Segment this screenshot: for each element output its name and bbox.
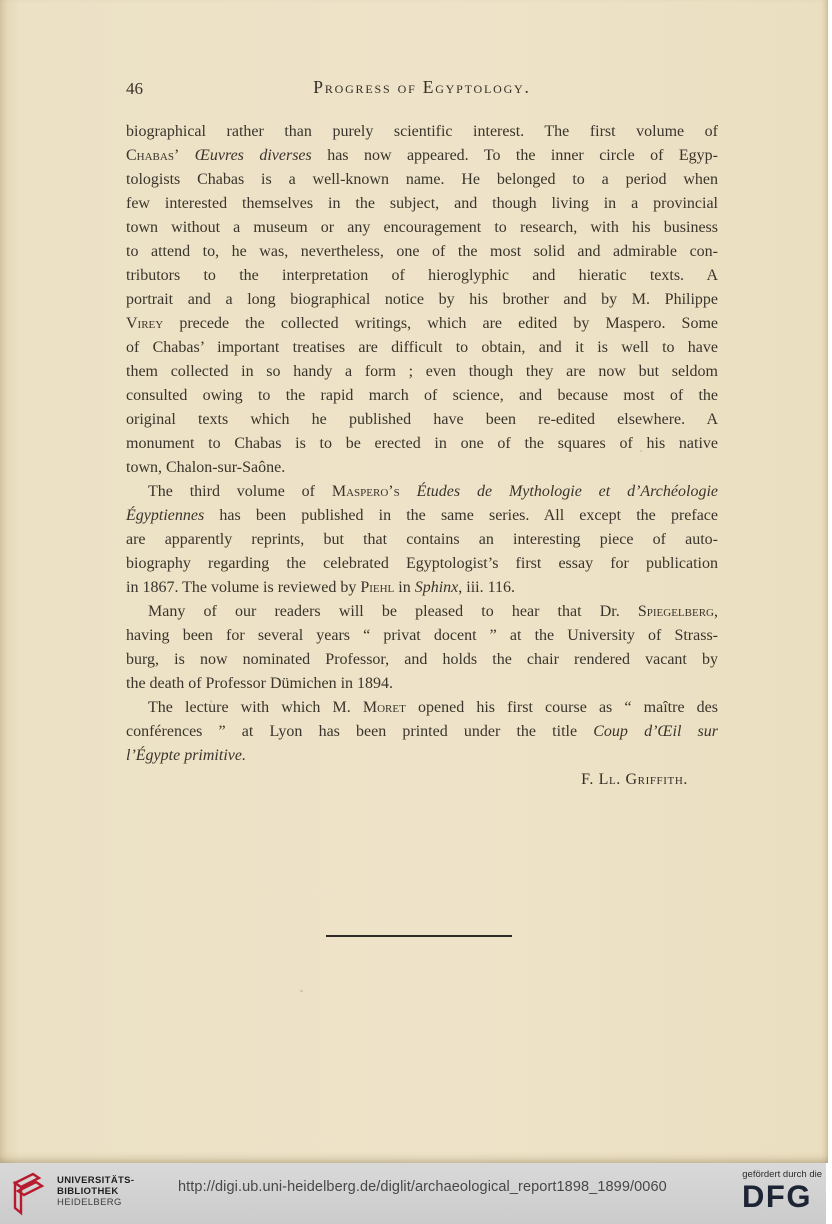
author-signature: F. Ll. Griffith. (126, 768, 718, 792)
text-line: to attend to, he was, nevertheless, one … (126, 240, 718, 264)
paragraph: The lecture with which M. Moret opened h… (126, 696, 718, 768)
page-body-text: biographical rather than purely scientif… (126, 120, 718, 792)
library-name-line1: UNIVERSITÄTS- (57, 1175, 134, 1186)
paper-speck (210, 700, 212, 703)
text-line: few interested themselves in the subject… (126, 192, 718, 216)
paper-speck (640, 450, 642, 452)
text-line: The third volume of Maspero’s Études de … (126, 480, 718, 504)
text-line: the death of Professor Dümichen in 1894. (126, 672, 718, 696)
text-line: Chabas’ Œuvres diverses has now appeared… (126, 144, 718, 168)
text-line: town without a museum or any encourageme… (126, 216, 718, 240)
text-line: of Chabas’ important treatises are diffi… (126, 336, 718, 360)
text-line: biography regarding the celebrated Egypt… (126, 552, 718, 576)
text-line: Many of our readers will be pleased to h… (126, 600, 718, 624)
section-end-rule (326, 935, 512, 937)
text-line: portrait and a long biographical notice … (126, 288, 718, 312)
paper-speck (300, 990, 303, 992)
dfg-logo: DFG (742, 1179, 812, 1216)
paragraph: Many of our readers will be pleased to h… (126, 600, 718, 696)
text-line: l’Égypte primitive. (126, 744, 718, 768)
text-line: consulted owing to the rapid march of sc… (126, 384, 718, 408)
text-line: are apparently reprints, but that contai… (126, 528, 718, 552)
text-line: conférences ” at Lyon has been printed u… (126, 720, 718, 744)
text-line: in 1867. The volume is reviewed by Piehl… (126, 576, 718, 600)
text-line: biographical rather than purely scientif… (126, 120, 718, 144)
text-line: Virey precede the collected writings, wh… (126, 312, 718, 336)
paragraph: biographical rather than purely scientif… (126, 120, 718, 480)
text-line: town, Chalon-sur-Saône. (126, 456, 718, 480)
running-header: Progress of Egyptology. (126, 77, 718, 98)
scan-viewer: 46 Progress of Egyptology. biographical … (0, 0, 832, 1224)
library-name-line3: HEIDELBERG (57, 1197, 134, 1208)
ub-heidelberg-logo (9, 1170, 51, 1216)
library-name-line2: BIBLIOTHEK (57, 1186, 134, 1197)
source-url: http://digi.ub.uni-heidelberg.de/diglit/… (178, 1179, 667, 1195)
text-line: tologists Chabas is a well-known name. H… (126, 168, 718, 192)
paragraph: The third volume of Maspero’s Études de … (126, 480, 718, 600)
scanned-page: 46 Progress of Egyptology. biographical … (0, 0, 828, 1163)
text-line: original texts which he published have b… (126, 408, 718, 432)
text-line: tributors to the interpretation of hiero… (126, 264, 718, 288)
text-line: them collected in so handy a form ; even… (126, 360, 718, 384)
text-line: The lecture with which M. Moret opened h… (126, 696, 718, 720)
text-line: having been for several years “ privat d… (126, 624, 718, 648)
library-name: UNIVERSITÄTS- BIBLIOTHEK HEIDELBERG (57, 1175, 134, 1208)
text-line: monument to Chabas is to be erected in o… (126, 432, 718, 456)
viewer-footer: UNIVERSITÄTS- BIBLIOTHEK HEIDELBERG http… (0, 1163, 826, 1224)
text-line: burg, is now nominated Professor, and ho… (126, 648, 718, 672)
text-line: Égyptiennes has been published in the sa… (126, 504, 718, 528)
